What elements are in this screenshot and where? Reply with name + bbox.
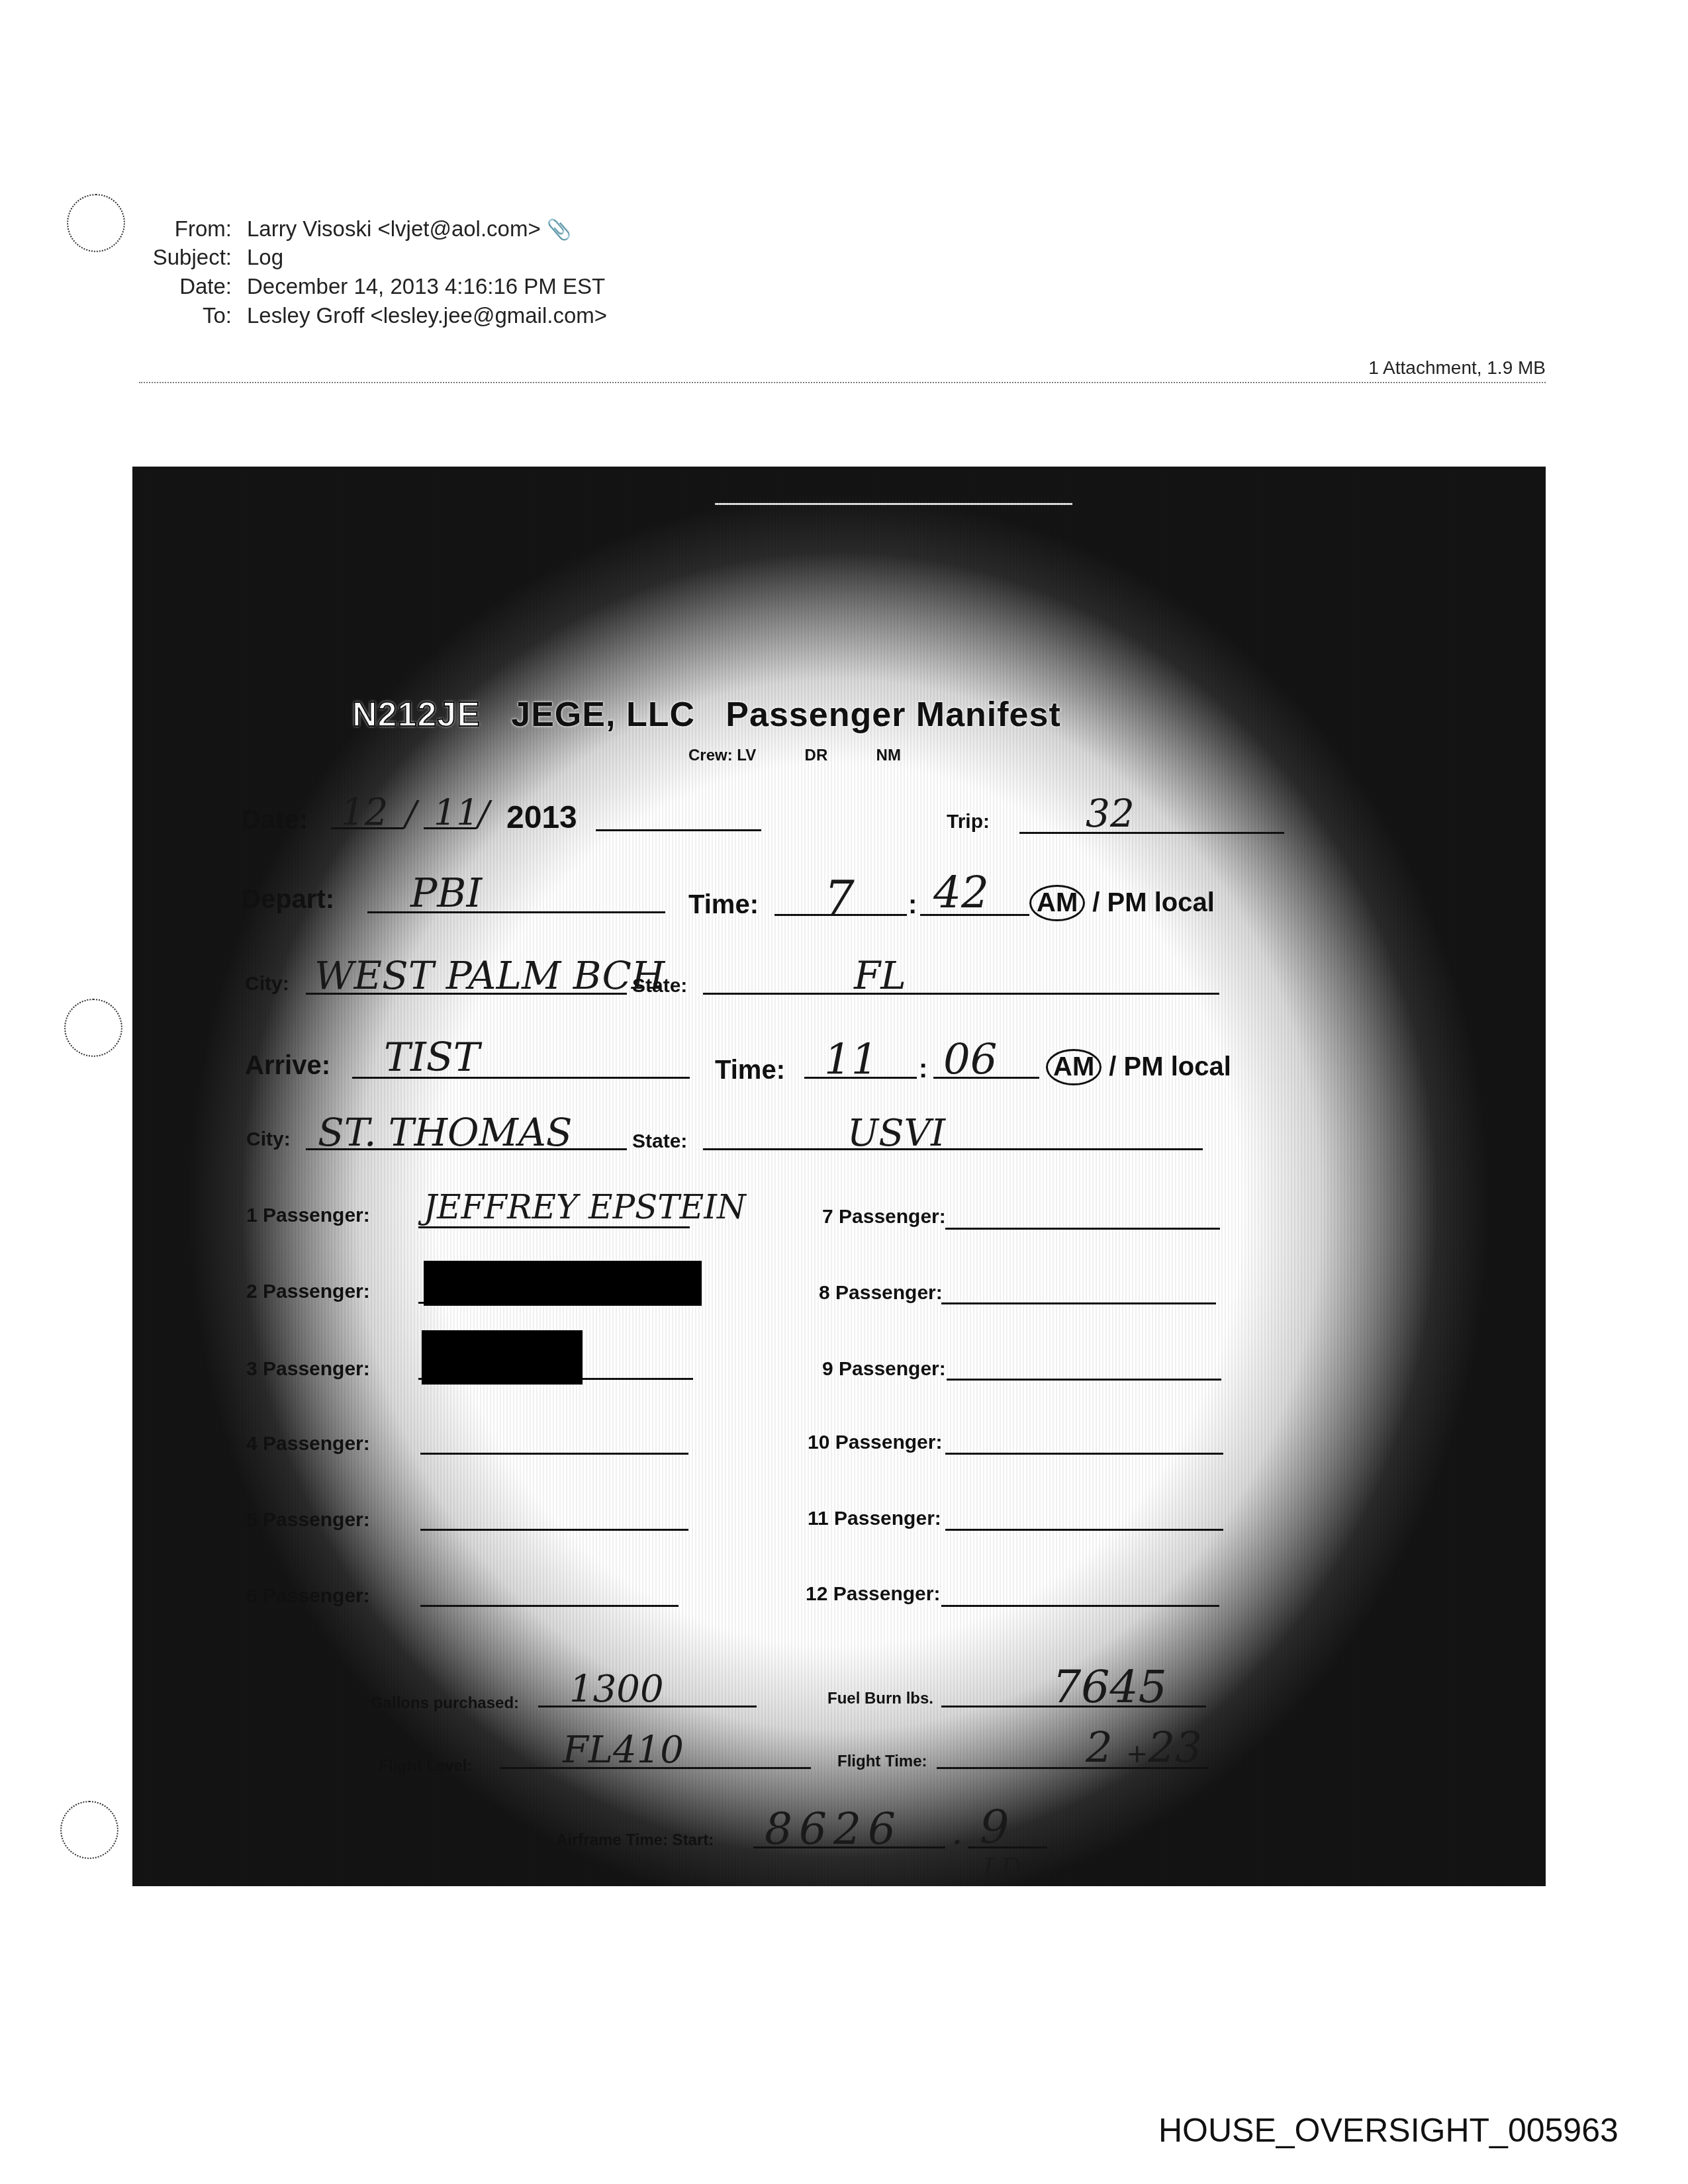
passenger-5-label: 5 Passenger: [246,1509,370,1531]
passenger-9-label: 9 Passenger: [822,1358,946,1381]
arrive-state-label: State: [632,1130,687,1153]
to-label: To: [132,303,232,328]
depart-city-label: City: [245,973,289,995]
arrive-state[interactable]: USVI [847,1112,945,1155]
date-year-line [596,829,761,831]
date-value: December 14, 2013 4:16:16 PM EST [247,274,605,299]
passenger-1-label: 1 Passenger: [246,1205,370,1227]
gallons-label: Gallons purchased: [371,1694,519,1713]
passenger-11-label: 11 Passenger: [808,1508,941,1530]
depart-hour[interactable]: 7 [824,870,855,926]
subject-value: Log [247,245,283,270]
arrive-airport[interactable]: TIST [384,1034,480,1081]
date-year: 2013 [506,799,577,836]
sender: Larry Visoski <lvjet@aol.com> [247,216,541,241]
manifest-scan: N212JE JEGE, LLC Passenger Manifest Crew… [132,467,1546,1886]
date-day: 11 [434,792,479,834]
passenger-1-line [418,1226,690,1228]
depart-label: Depart: [242,885,334,915]
flight-time[interactable]: 2 +23 [1086,1724,1202,1773]
manifest-title: N212JE JEGE, LLC Passenger Manifest [352,695,1061,735]
depart-state[interactable]: FL [854,953,906,998]
date-label: Date: [242,805,308,835]
passenger-8-label: 8 Passenger: [819,1282,943,1304]
am-circled[interactable]: AM [1046,1049,1102,1085]
subject-label: Subject: [132,245,232,270]
flight-level-label: Flight Level: [379,1757,472,1776]
hole-punch-top [67,194,125,252]
date-label: Date: [132,274,232,299]
passenger-11-line [945,1529,1223,1531]
crew-2: DR [805,747,828,764]
depart-ampm: AM / PM local [1029,885,1215,921]
redaction-box [424,1261,702,1306]
from-value: Larry Visoski <lvjet@aol.com> 📎 [247,216,571,242]
from-label: From: [132,216,232,242]
crew-1: LV [737,747,756,764]
passenger-3-label: 3 Passenger: [246,1358,370,1381]
depart-state-label: State: [632,975,687,997]
arrive-ampm: AM / PM local [1046,1049,1231,1085]
hole-punch-middle [64,999,122,1057]
arrive-label: Arrive: [245,1051,330,1081]
arrive-city-label: City: [246,1128,291,1151]
airframe-start-value[interactable]: 8626 [765,1803,902,1854]
passenger-5-line [420,1529,688,1531]
flight-level-value[interactable]: FL410 [563,1729,684,1772]
crew-3: NM [876,747,901,764]
fuel-burn-value[interactable]: 7645 [1053,1661,1167,1713]
attachment-summary[interactable]: 1 Attachment, 1.9 MB [1368,357,1546,379]
passenger-2-label: 2 Passenger: [246,1281,370,1303]
fuel-burn-label: Fuel Burn lbs. [827,1690,933,1708]
passenger-6-line [420,1605,679,1607]
gallons-value[interactable]: 1300 [569,1668,664,1711]
passenger-7-label: 7 Passenger: [822,1206,946,1228]
passenger-9-line [947,1379,1221,1381]
depart-state-line [703,993,1219,995]
arrive-minute[interactable]: 06 [943,1036,997,1085]
passenger-6-label: 6 Passenger: [246,1585,370,1608]
arrive-hour[interactable]: 11 [824,1036,878,1085]
hole-punch-bottom [60,1801,118,1859]
scan-artifact-line [715,503,1072,505]
to-value: Lesley Groff <lesley.jee@gmail.com> [247,303,607,328]
redaction-box [422,1330,583,1385]
date-month: 12 [341,791,388,834]
passenger-12-label: 12 Passenger: [806,1583,940,1606]
passenger-4-label: 4 Passenger: [246,1433,370,1455]
depart-airport[interactable]: PBI [410,870,482,917]
tail-number: N212JE [352,696,481,734]
paperclip-icon: 📎 [547,219,571,241]
passenger-4-line [420,1453,688,1455]
depart-city[interactable]: WEST PALM BCH [314,953,665,998]
depart-minute[interactable]: 42 [933,867,989,918]
trip-label: Trip: [947,811,990,833]
trip-number[interactable]: 32 [1086,791,1135,836]
passenger-12-line [941,1605,1219,1607]
trip-line [1019,832,1284,834]
passenger-8-line [941,1302,1216,1304]
flight-time-label: Flight Time: [837,1752,927,1771]
airframe-tenths-value[interactable]: 9 [980,1800,1009,1854]
passenger-7-line [945,1228,1220,1230]
passenger-10-line [945,1453,1223,1455]
airframe-label: Airframe Time: Start: [556,1831,714,1850]
passenger-1-value[interactable]: JEFFREY EPSTEIN [424,1188,746,1226]
initials: LD [983,1853,1022,1884]
arrive-city[interactable]: ST. THOMAS [318,1110,573,1155]
form-title: Passenger Manifest [726,696,1060,734]
crew-row: Crew: LV DR NM [688,747,901,765]
company-name: JEGE, LLC [511,696,695,734]
header-divider [139,382,1546,383]
arrive-time-label: Time: [715,1056,785,1085]
depart-time-label: Time: [688,890,759,920]
am-circled[interactable]: AM [1029,885,1085,921]
arrive-state-line [703,1148,1203,1150]
passenger-10-label: 10 Passenger: [808,1432,942,1454]
bates-number: HOUSE_OVERSIGHT_005963 [1158,2111,1618,2150]
